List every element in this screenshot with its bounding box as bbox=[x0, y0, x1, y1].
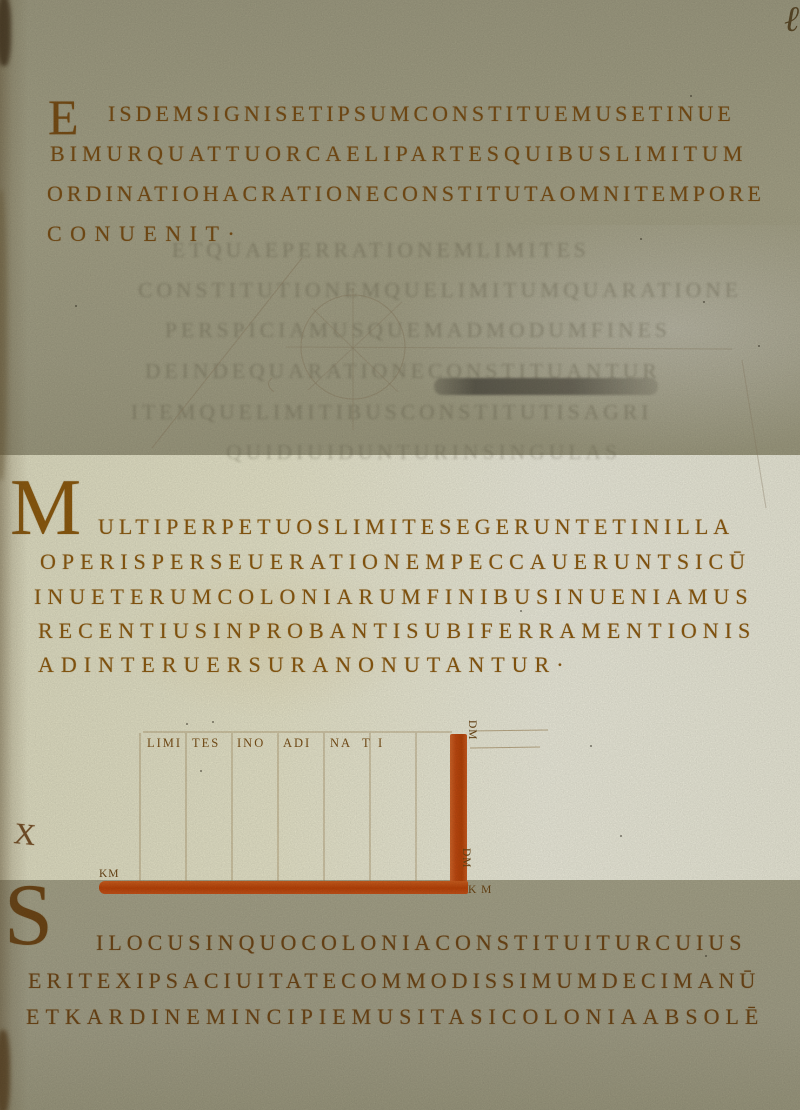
small-hook-mark bbox=[268, 378, 274, 392]
latin-line: ETKARDINEMINCIPIEMUSITASICOLONIAABSOLĒ bbox=[26, 1004, 764, 1030]
diagram-label: ADI bbox=[283, 736, 311, 751]
ink-speck bbox=[520, 610, 522, 612]
latin-line: ILOCUSINQUOCOLONIACONSTITUITURCUIUS bbox=[96, 930, 746, 956]
scratch-line-long bbox=[152, 258, 302, 448]
latin-line: ERITEXIPSACIUITATECOMMODISSIMUMDECIMANŪ bbox=[28, 968, 760, 994]
diagram-label: I bbox=[378, 736, 384, 751]
latin-line: OPERISPERSEUERATIONEMPECCAUERUNTSICŪ bbox=[40, 549, 751, 575]
latin-line: CONUENIT· bbox=[47, 221, 243, 247]
latin-line: ADINTERUERSURANONUTANTUR· bbox=[38, 652, 571, 678]
grid-right-rule-a bbox=[470, 730, 548, 731]
compass-diagonal-b bbox=[308, 302, 402, 390]
scratch-line-right bbox=[742, 360, 766, 508]
ink-speck bbox=[640, 238, 642, 240]
folio-mark: ℓ bbox=[784, 0, 799, 40]
erasure-smudge bbox=[434, 378, 658, 395]
limites-diagram: LIMI TES INO ADI NA T I DM DM KM K M bbox=[0, 700, 800, 920]
diagram-dm-top-label: DM bbox=[466, 720, 478, 741]
ink-speck bbox=[212, 721, 214, 723]
latin-line: BIMURQUATTUORCAELIPARTESQUIBUSLIMITUM bbox=[50, 141, 747, 167]
ink-speck bbox=[703, 301, 705, 303]
diagram-label: INO bbox=[237, 736, 265, 751]
diagram-label: LIMI bbox=[147, 736, 182, 751]
compass-diagonal-a bbox=[312, 308, 398, 392]
ink-speck bbox=[200, 770, 202, 772]
ink-speck bbox=[690, 95, 692, 97]
manuscript-page: ETQUAEPERRATIONEMLIMITES CONSTITUTIONEMQ… bbox=[0, 0, 800, 1110]
grid-right-rule-b bbox=[470, 747, 540, 748]
edge-stain-midleft bbox=[0, 190, 7, 480]
edge-stain-topleft bbox=[0, 0, 11, 66]
diagram-dm-bottom-label: DM bbox=[460, 848, 472, 869]
edge-stain-bottomleft bbox=[0, 1030, 10, 1110]
ink-speck bbox=[186, 723, 188, 725]
ink-speck bbox=[705, 955, 707, 957]
initial-e: E bbox=[48, 92, 79, 142]
latin-line: ISDEMSIGNISETIPSUMCONSTITUEMUSETINUE bbox=[108, 101, 735, 127]
page-edge-shading bbox=[0, 0, 28, 1110]
diagram-km-left-label: KM bbox=[99, 868, 120, 880]
diagram-label: T bbox=[362, 736, 372, 751]
red-decumanus-bar bbox=[99, 881, 468, 894]
latin-line: RECENTIUSINPROBANTISUBIFERRAMENTIONIS bbox=[38, 618, 756, 644]
diagram-label: NA bbox=[330, 736, 352, 751]
ink-speck bbox=[590, 745, 592, 747]
latin-line: ULTIPERPETUOSLIMITESEGERUNTETINILLA bbox=[98, 514, 734, 540]
latin-line: ORDINATIOHACRATIONECONSTITUTAOMNITEMPORE bbox=[47, 181, 765, 207]
diagram-label: TES bbox=[192, 736, 220, 751]
ink-speck bbox=[75, 305, 77, 307]
ink-speck bbox=[620, 835, 622, 837]
ink-speck bbox=[758, 345, 760, 347]
latin-line: INUETERUMCOLONIARUMFINIBUSINUENIAMUS bbox=[34, 584, 754, 610]
diagram-km-right-label: K M bbox=[468, 884, 492, 896]
